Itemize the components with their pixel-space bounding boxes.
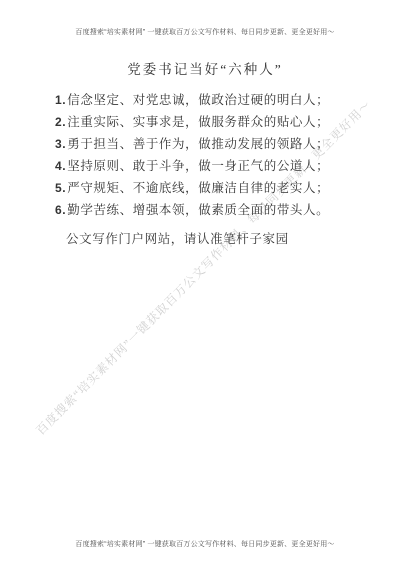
list-item: 1.信念坚定、对党忠诚，做政治过硬的明白人； xyxy=(55,89,390,111)
list-item-text: 坚持原则、敢于斗争，做一身正气的公道人； xyxy=(67,159,329,173)
header-promo-text: 百度搜索“培实素材网” 一键获取百万公文写作材料、每日同步更新、更全更好用～ xyxy=(0,27,410,37)
list-item: 2.注重实际、实事求是，做服务群众的贴心人； xyxy=(55,111,390,133)
list-item-number: 4. xyxy=(55,159,66,173)
list-item-number: 5. xyxy=(55,181,66,195)
closing-note: 公文写作门户网站，请认准笔杆子家园 xyxy=(66,229,289,247)
list-item-text: 勇于担当、善于作为，做推动发展的领路人； xyxy=(67,137,329,151)
list-item: 5.严守规矩、不逾底线，做廉洁自律的老实人； xyxy=(55,177,390,199)
list-item-number: 3. xyxy=(55,137,66,151)
list-item-number: 1. xyxy=(55,93,66,107)
list-item-text: 勤学苦练、增强本领，做素质全面的带头人。 xyxy=(67,203,329,217)
list-item-number: 2. xyxy=(55,115,66,129)
list-item-text: 注重实际、实事求是，做服务群众的贴心人； xyxy=(67,115,329,129)
list-item: 4.坚持原则、敢于斗争，做一身正气的公道人； xyxy=(55,155,390,177)
footer-promo-text: 百度搜索“培实素材网” 一键获取百万公文写作材料、每日同步更新、更全更好用～ xyxy=(0,539,410,549)
list-item-text: 严守规矩、不逾底线，做廉洁自律的老实人； xyxy=(67,181,329,195)
list-item: 3.勇于担当、善于作为，做推动发展的领路人； xyxy=(55,133,390,155)
document-page: 百度搜索“培实素材网” 一键获取百万公文写作材料、每日同步更新、更全更好用～ 百… xyxy=(0,0,410,580)
list-item-number: 6. xyxy=(55,203,66,217)
list-item: 6.勤学苦练、增强本领，做素质全面的带头人。 xyxy=(55,199,390,221)
page-title: 党委书记当好“六种人” xyxy=(0,58,410,78)
list-item-text: 信念坚定、对党忠诚，做政治过硬的明白人； xyxy=(67,93,329,107)
numbered-list: 1.信念坚定、对党忠诚，做政治过硬的明白人； 2.注重实际、实事求是，做服务群众… xyxy=(55,89,390,221)
